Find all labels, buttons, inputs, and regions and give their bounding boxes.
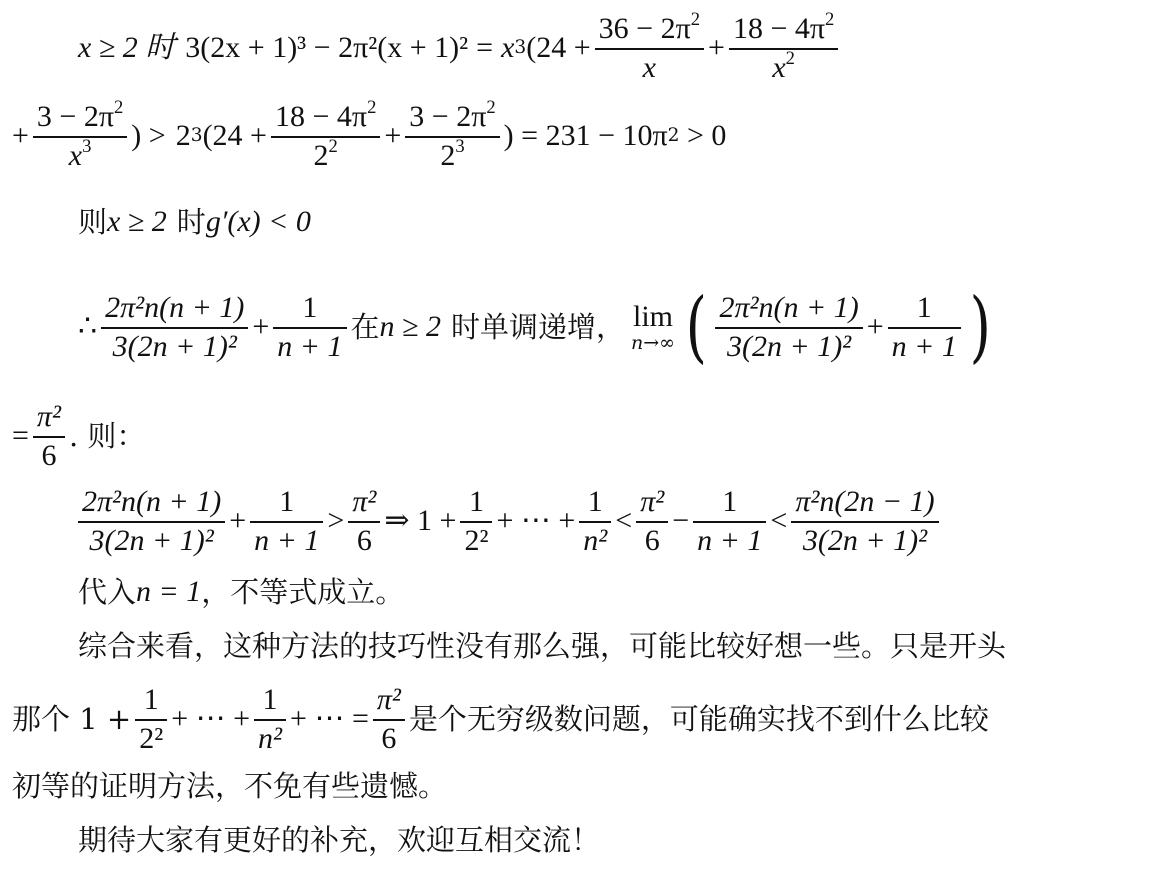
fraction: 36 − 2π2 x — [595, 13, 704, 84]
numerator: 3 − 2π — [409, 100, 486, 133]
fraction: π² 6 — [636, 486, 668, 557]
denominator: 3(2n + 1)² — [723, 331, 855, 363]
lim-label: lim — [633, 302, 673, 332]
exponent: 3 — [455, 136, 464, 157]
denominator: 2² — [135, 723, 167, 755]
fraction: π² 6 — [373, 684, 405, 755]
equals-sign: = — [12, 421, 29, 451]
left-paren: ( — [686, 288, 707, 366]
exponent: 3 — [82, 136, 91, 157]
condition: x ≥ 2 时 — [78, 33, 175, 63]
exponent: 2 — [825, 8, 834, 29]
denominator: n + 1 — [273, 331, 346, 363]
fraction: 1 n + 1 — [250, 486, 323, 557]
denominator: n + 1 — [888, 331, 961, 363]
denominator: 2 — [314, 139, 329, 172]
monotonic-text: 时单调递增， — [451, 313, 625, 342]
denominator: 6 — [377, 723, 400, 755]
derivative-statement: g′(x) < 0 — [206, 207, 311, 237]
lim-subscript: n→∞ — [631, 334, 675, 353]
plus-sign: + — [708, 33, 725, 63]
exponent: 2 — [486, 96, 495, 117]
plus-sign: + — [229, 506, 246, 536]
numerator: 1 — [584, 486, 607, 518]
equation-line-2: + 3 − 2π2 x3 ) > 23 (24 + 18 − 4π2 22 + … — [12, 96, 726, 176]
denominator: n² — [579, 525, 611, 557]
substitute-text: 代入 — [78, 578, 136, 607]
exponent: 2 — [329, 136, 338, 157]
numerator: 1 — [275, 486, 298, 518]
denominator: x — [69, 139, 82, 172]
numerator: 1 — [259, 684, 282, 716]
fraction: 3 − 2π2 23 — [405, 101, 499, 172]
fraction: 1 n + 1 — [888, 292, 961, 363]
paragraph-line-11: 期待大家有更好的补充，欢迎互相交流！ — [78, 820, 600, 860]
fraction: 1 2² — [460, 486, 492, 557]
implies: ⇒ 1 + — [384, 506, 456, 536]
fraction: 18 − 4π2 x2 — [729, 13, 838, 84]
statement-line-3: 则 x ≥ 2 时 g′(x) < 0 — [78, 202, 311, 242]
fraction: 1 n² — [579, 486, 611, 557]
ellipsis: + ⋯ + — [171, 704, 250, 734]
exponent: 2 — [367, 96, 376, 117]
series-comment: 是个无穷级数问题，可能确实找不到什么比较 — [409, 705, 989, 734]
ellipsis: + ⋯ + — [496, 506, 575, 536]
numerator: π² — [373, 684, 405, 716]
fraction: 2π²n(n + 1) 3(2n + 1)² — [101, 292, 248, 363]
result: ) = 231 − 10π — [504, 121, 668, 151]
then-text: . 则： — [69, 422, 145, 451]
numerator: 2π²n(n + 1) — [78, 486, 225, 518]
base: 2 — [176, 121, 191, 151]
condition: x ≥ 2 — [107, 207, 167, 237]
denominator: 2² — [460, 525, 492, 557]
numerator: 18 − 4π — [275, 100, 367, 133]
equation-line-4: ∴ 2π²n(n + 1) 3(2n + 1)² + 1 n + 1 在 n ≥… — [78, 284, 995, 370]
text-ze: 则 — [78, 208, 107, 237]
text-shi: 时 — [177, 208, 206, 237]
exponent: 2 — [114, 96, 123, 117]
numerator: 18 − 4π — [733, 12, 825, 45]
fraction: π² 6 — [348, 486, 380, 557]
exponent: 2 — [786, 48, 795, 69]
text-zai: 在 — [351, 313, 380, 342]
numerator: π²n(2n − 1) — [791, 486, 938, 518]
greater-than: > — [327, 506, 344, 536]
n-equals-1: n = 1 — [136, 577, 201, 607]
summary-text: 综合来看，这种方法的技巧性没有那么强，可能比较好想一些。只是开头 — [78, 632, 1006, 661]
lhs-expression: 3(2x + 1)³ − 2π²(x + 1)² — [185, 33, 468, 63]
numerator: π² — [33, 401, 65, 433]
paragraph-line-10: 初等的证明方法，不免有些遗憾。 — [12, 766, 447, 806]
therefore-symbol: ∴ — [78, 312, 97, 342]
paragraph-line-8: 综合来看，这种方法的技巧性没有那么强，可能比较好想一些。只是开头 — [78, 626, 1006, 666]
numerator: 2π²n(n + 1) — [715, 292, 862, 324]
denominator: x — [772, 51, 785, 84]
less-than: < — [615, 506, 632, 536]
denominator: 6 — [353, 525, 376, 557]
fraction: 2π²n(n + 1) 3(2n + 1)² — [715, 292, 862, 363]
fraction: 1 2² — [135, 684, 167, 755]
equals-sign: = — [476, 33, 493, 63]
result-tail: > 0 — [679, 121, 726, 151]
fraction: 2π²n(n + 1) 3(2n + 1)² — [78, 486, 225, 557]
numerator: 36 − 2π — [599, 12, 691, 45]
denominator: 3(2n + 1)² — [109, 331, 241, 363]
ellipsis-equals: + ⋯ = — [290, 704, 369, 734]
denominator: 3(2n + 1)² — [799, 525, 931, 557]
statement-line-7: 代入 n = 1 ，不等式成立。 — [78, 572, 404, 612]
denominator: n + 1 — [693, 525, 766, 557]
denominator: 3(2n + 1)² — [86, 525, 218, 557]
denominator: 6 — [37, 440, 60, 472]
numerator: 1 — [465, 486, 488, 518]
equation-line-6: 2π²n(n + 1) 3(2n + 1)² + 1 n + 1 > π² 6 … — [74, 480, 943, 562]
plus-sign: + — [252, 312, 269, 342]
denominator: 2 — [440, 139, 455, 172]
minus-sign: − — [672, 506, 689, 536]
open-term: (24 + — [203, 121, 267, 151]
condition: n ≥ 2 — [380, 312, 441, 342]
denominator: x — [639, 52, 660, 84]
numerator: 1 — [913, 292, 936, 324]
fraction: 1 n + 1 — [693, 486, 766, 557]
series-prefix: 那个 1 + — [12, 705, 131, 734]
fraction: 1 n² — [254, 684, 286, 755]
right-paren: ) — [969, 288, 990, 366]
plus-sign: + — [867, 312, 884, 342]
denominator: n + 1 — [250, 525, 323, 557]
numerator: 1 — [140, 684, 163, 716]
open-term: (24 + — [526, 33, 590, 63]
fraction: 1 n + 1 — [273, 292, 346, 363]
regret-text: 初等的证明方法，不免有些遗憾。 — [12, 772, 447, 801]
equation-line-1: x ≥ 2 时 3(2x + 1)³ − 2π²(x + 1)² = x3 (2… — [78, 8, 842, 88]
inequality-holds-text: ，不等式成立。 — [201, 578, 404, 607]
x-var: x — [501, 33, 514, 63]
paragraph-line-9: 那个 1 + 1 2² + ⋯ + 1 n² + ⋯ = π² 6 是个无穷级数… — [12, 678, 989, 760]
numerator: 3 − 2π — [37, 100, 114, 133]
numerator: 1 — [298, 292, 321, 324]
fraction: 18 − 4π2 22 — [271, 101, 380, 172]
plus-sign: + — [384, 121, 401, 151]
limit: lim n→∞ — [631, 302, 675, 353]
equation-line-5: = π² 6 . 则： — [12, 396, 145, 476]
numerator: π² — [348, 486, 380, 518]
less-than: < — [770, 506, 787, 536]
exponent: 2 — [691, 8, 700, 29]
fraction: π² 6 — [33, 401, 65, 472]
closing-text: 期待大家有更好的补充，欢迎互相交流！ — [78, 826, 600, 855]
numerator: π² — [636, 486, 668, 518]
denominator: n² — [254, 723, 286, 755]
fraction: π²n(2n − 1) 3(2n + 1)² — [791, 486, 938, 557]
numerator: 2π²n(n + 1) — [101, 292, 248, 324]
plus-sign: + — [12, 121, 29, 151]
numerator: 1 — [718, 486, 741, 518]
denominator: 6 — [641, 525, 664, 557]
greater-than: ) > — [131, 121, 165, 151]
fraction: 3 − 2π2 x3 — [33, 101, 127, 172]
